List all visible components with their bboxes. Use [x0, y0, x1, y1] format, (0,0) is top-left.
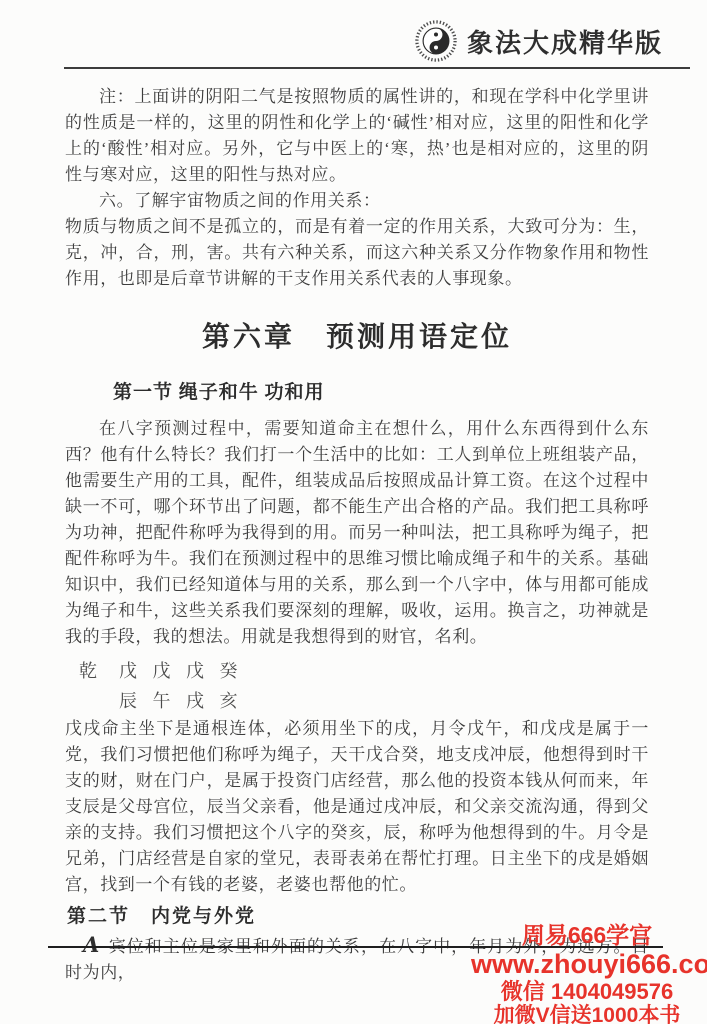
section-1-title: 第一节 绳子和牛 功和用 [65, 380, 649, 406]
watermark-wechat-id: 微信 1404049576 [471, 980, 703, 1004]
book-page: 象法大成精华版 注：上面讲的阴阳二气是按照物质的属性讲的，和现在学科中化学里讲的… [0, 0, 707, 1024]
watermark-school-name: 周易666学宫 [471, 922, 703, 948]
bazi-stems-row: 乾戊 戊 戊 癸 [79, 656, 649, 686]
page-body: 注：上面讲的阴阳二气是按照物质的属性讲的，和现在学科中化学里讲的性质是一样的，这… [65, 84, 649, 986]
watermark-promo-line: 加微V信送1000本书 [471, 1004, 703, 1024]
bazi-chart: 乾戊 戊 戊 癸 辰 午 戌 亥 [79, 656, 649, 716]
bazi-heavenly-stems: 戊 戊 戊 癸 [119, 661, 241, 681]
bazi-branches-row: 辰 午 戌 亥 [79, 686, 649, 716]
bazi-earthly-branches: 辰 午 戌 亥 [119, 691, 241, 711]
watermark-website: www.zhouyi666.com [471, 948, 703, 980]
paragraph-item-six-body: 物质与物质之间不是孤立的，而是有着一定的作用关系，大致可分为：生，克，冲，合，刑… [65, 214, 649, 292]
brand-title: 象法大成精华版 [467, 23, 663, 60]
header-divider [64, 67, 690, 69]
paragraph-note: 注：上面讲的阴阳二气是按照物质的属性讲的，和现在学科中化学里讲的性质是一样的，这… [65, 84, 649, 188]
watermark-block: 周易666学宫 www.zhouyi666.com 微信 1404049576 … [471, 922, 703, 1024]
yin-yang-logo-icon [415, 20, 457, 62]
bazi-palace-label: 乾 [79, 656, 119, 686]
chapter-title: 第六章 预测用语定位 [65, 318, 649, 358]
paragraph-item-six-title: 六。了解宇宙物质之间的作用关系： [65, 188, 649, 214]
section-1-paragraph: 在八字预测过程中，需要知道命主在想什么，用什么东西得到什么东西？他有什么特长？我… [65, 416, 649, 650]
decorative-a-glyph: A [83, 932, 99, 957]
brand-lockup: 象法大成精华版 [415, 20, 663, 62]
analysis-paragraph: 戊戌命主坐下是通根连体，必须用坐下的戌，月令戊午，和戊戌是属于一党，我们习惯把他… [65, 716, 649, 898]
